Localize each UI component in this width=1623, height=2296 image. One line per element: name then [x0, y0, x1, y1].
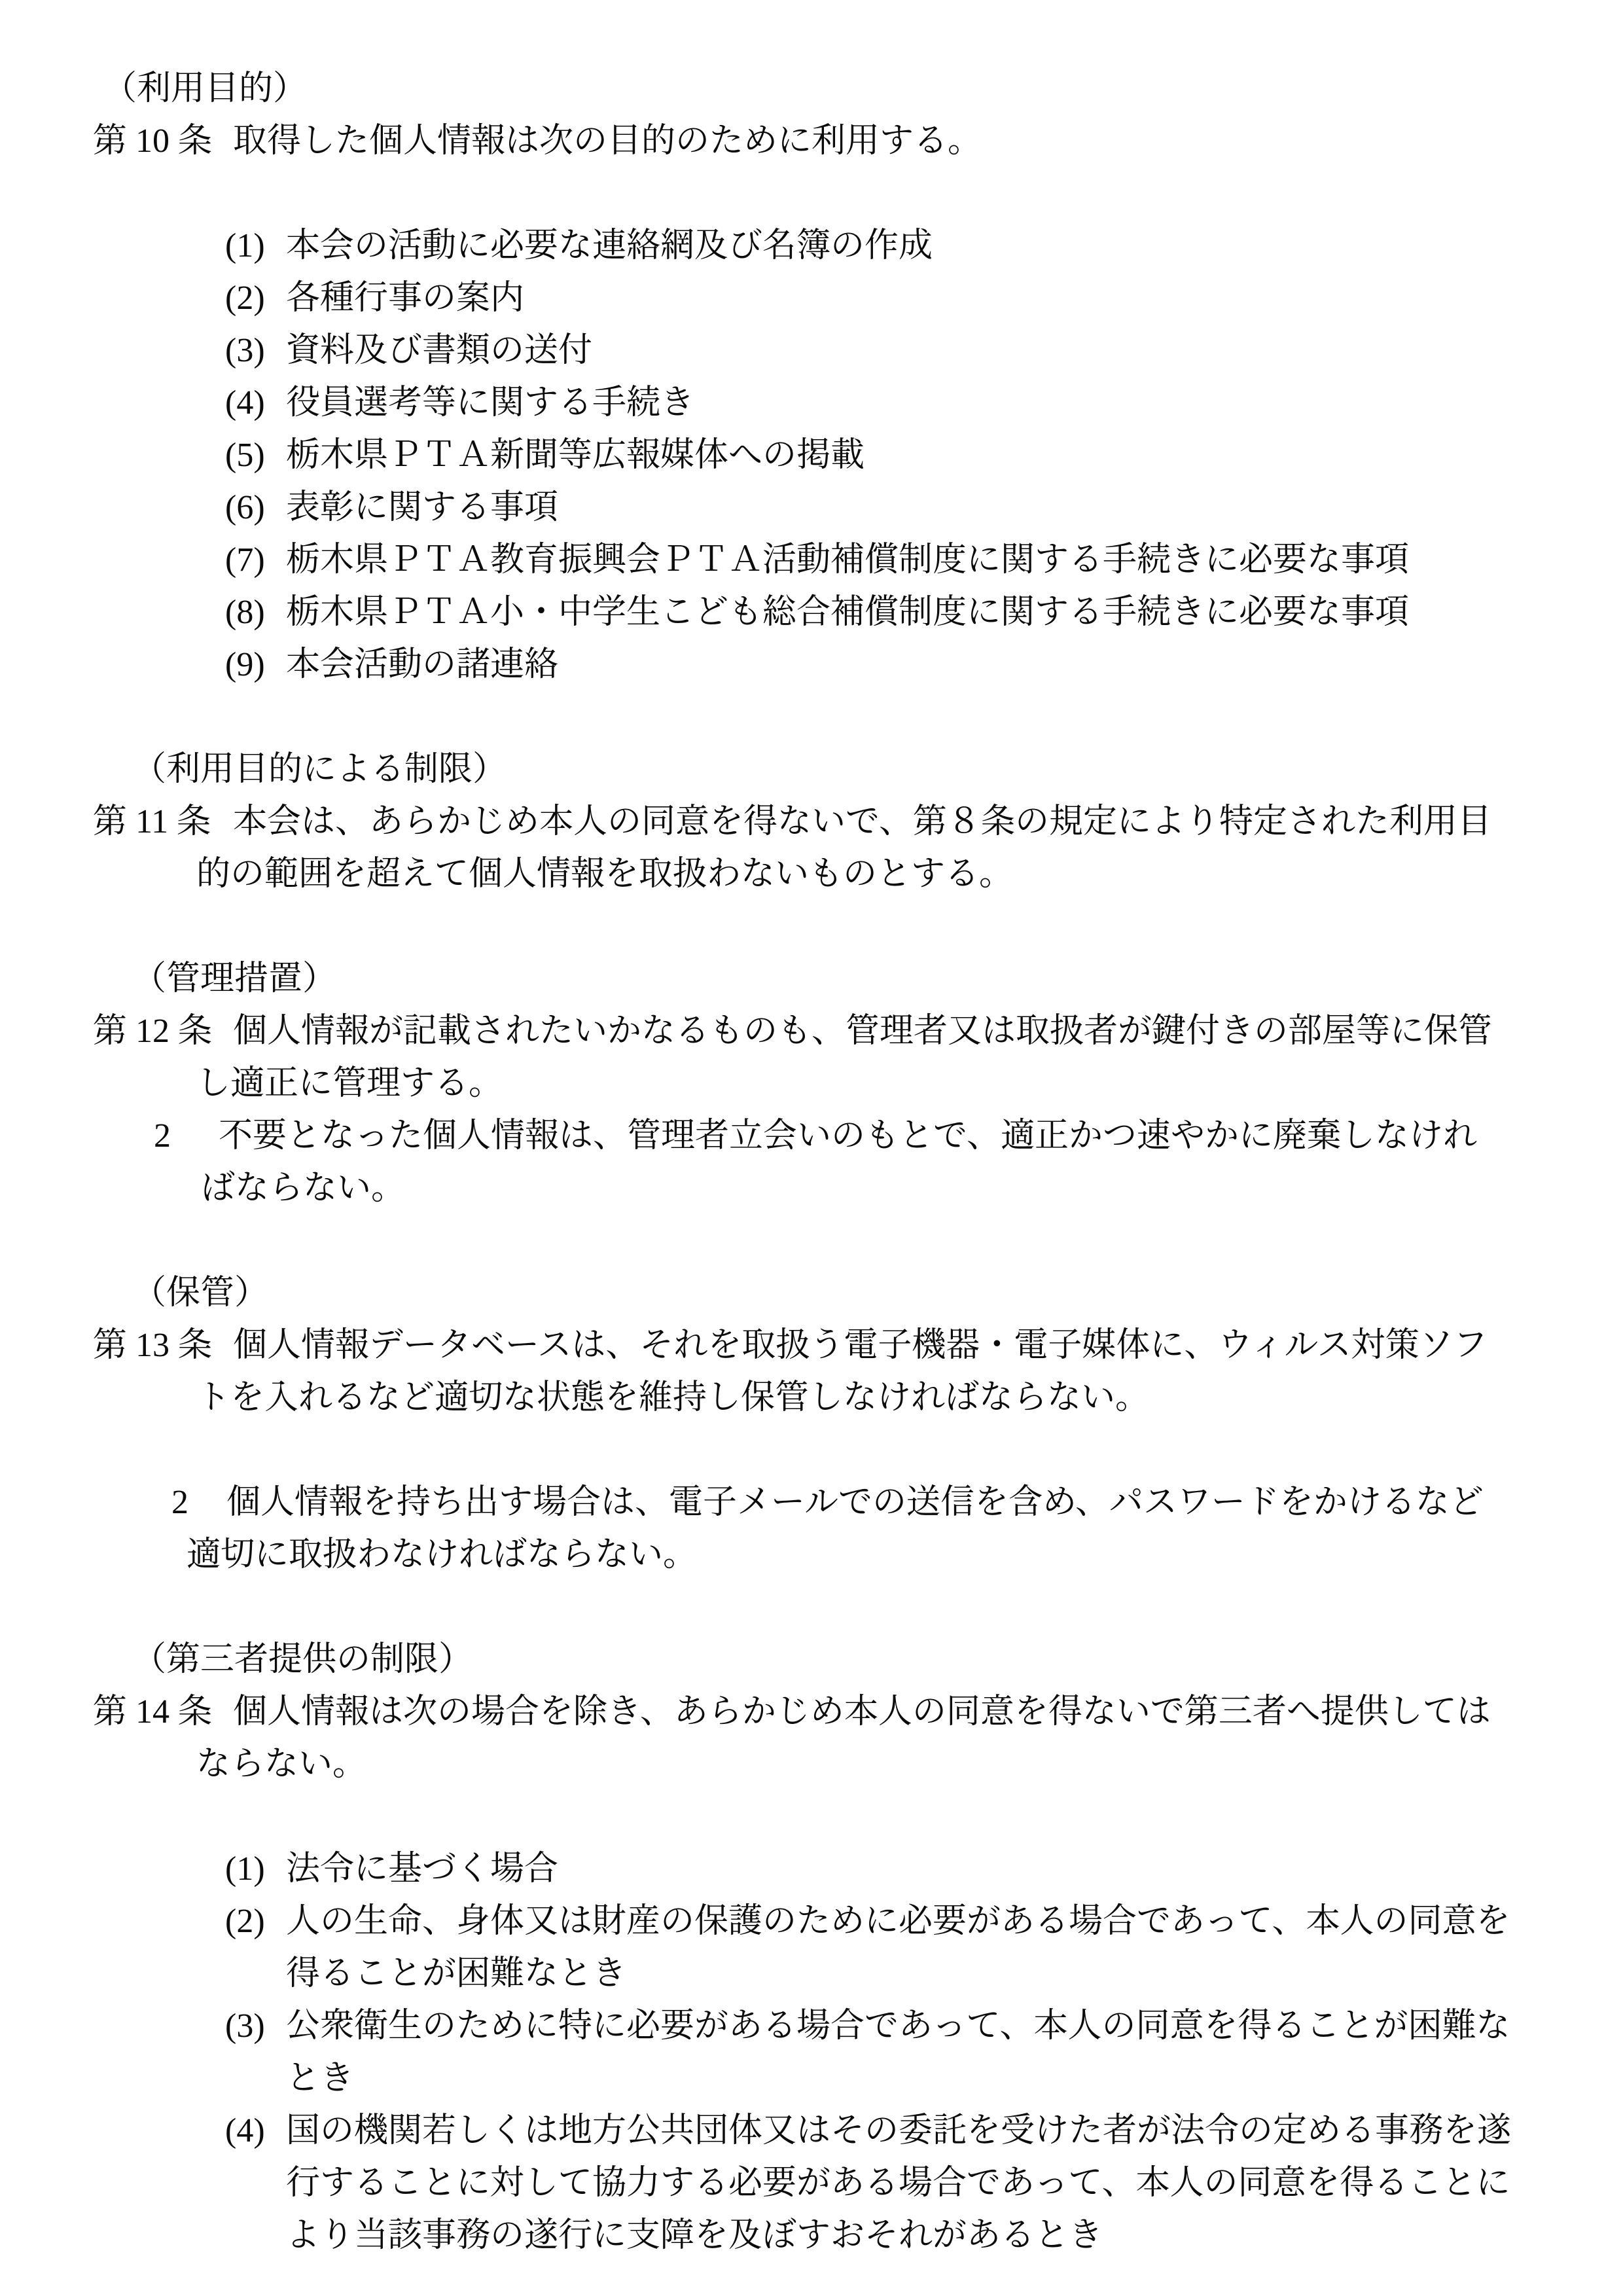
article-11-line-1: 第 11 条本会は、あらかじめ本人の同意を得ないで、第８条の規定により特定された…	[93, 796, 1551, 848]
article-14-item-2-text: 人の生命、身体又は財産の保護のために必要がある場合であって、本人の同意を	[286, 1903, 1510, 1940]
heading-third-party-restriction: （第三者提供の制限）	[93, 1634, 1551, 1686]
article-12-para-2-line-2: ばならない。	[93, 1162, 1551, 1215]
article-10-number: 第 10 条	[93, 115, 233, 168]
blank-line	[93, 1215, 1551, 1267]
blank-line	[93, 1581, 1551, 1634]
article-14-item-4-line-2: 行することに対して協力する必要がある場合であって、本人の同意を得ることに	[93, 2157, 1551, 2210]
article-10-item-2-marker: (2)	[225, 272, 265, 325]
article-12-line-1: 第 12 条個人情報が記載されたいかなるものも、管理者又は取扱者が鍵付きの部屋等…	[93, 1005, 1551, 1058]
article-12-para-2-text: 不要となった個人情報は、管理者立会いのもとで、適正かつ速やかに廃棄しなけれ	[219, 1117, 1477, 1155]
article-11-line-2: 的の範囲を超えて個人情報を取扱わないものとする。	[93, 848, 1551, 901]
article-10-item-4: (4)役員選考等に関する手続き	[93, 377, 1551, 429]
article-10-item-1: (1)本会の活動に必要な連絡網及び名簿の作成	[93, 220, 1551, 272]
article-10-item-6: (6)表彰に関する事項	[93, 482, 1551, 534]
article-13-line-1: 第 13 条個人情報データベースは、それを取扱う電子機器・電子媒体に、ウィルス対…	[93, 1319, 1551, 1372]
article-10-item-1-text: 本会の活動に必要な連絡網及び名簿の作成	[286, 227, 933, 264]
article-10-item-3-marker: (3)	[225, 325, 265, 377]
heading-management-measures: （管理措置）	[93, 953, 1551, 1005]
article-10-item-2-text: 各種行事の案内	[286, 279, 524, 317]
article-13-para-2-number: 2	[171, 1477, 188, 1529]
article-13-text: 個人情報データベースは、それを取扱う電子機器・電子媒体に、ウィルス対策ソフ	[233, 1327, 1488, 1364]
article-10-item-5-marker: (5)	[225, 429, 265, 482]
article-14-text: 個人情報は次の場合を除き、あらかじめ本人の同意を得ないで第三者へ提供しては	[233, 1693, 1491, 1731]
article-12-text: 個人情報が記載されたいかなるものも、管理者又は取扱者が鍵付きの部屋等に保管	[233, 1013, 1492, 1050]
article-14-item-2-line-2: 得ることが困難なとき	[93, 1948, 1551, 2000]
article-10-text: 取得した個人情報は次の目的のために利用する。	[233, 122, 982, 160]
article-14-item-1-marker: (1)	[225, 1843, 265, 1895]
document-page: （利用目的） 第 10 条取得した個人情報は次の目的のために利用する。 (1)本…	[0, 0, 1623, 2296]
article-14-item-4-text: 国の機関若しくは地方公共団体又はその委託を受けた者が法令の定める事務を遂	[286, 2112, 1511, 2149]
article-13-line-2: トを入れるなど適切な状態を維持し保管しなければならない。	[93, 1372, 1551, 1424]
article-14-item-4-marker: (4)	[225, 2105, 265, 2157]
article-13-number: 第 13 条	[93, 1319, 233, 1372]
blank-line	[93, 1791, 1551, 1843]
article-10-item-7: (7)栃木県ＰＴＡ教育振興会ＰＴＡ活動補償制度に関する手続きに必要な事項	[93, 534, 1551, 586]
article-10-item-6-marker: (6)	[225, 482, 265, 534]
article-14-number: 第 14 条	[93, 1686, 233, 1738]
article-10-line-1: 第 10 条取得した個人情報は次の目的のために利用する。	[93, 115, 1551, 168]
article-14-item-3-text: 公衆衛生のために特に必要がある場合であって、本人の同意を得ることが困難な	[286, 2007, 1510, 2045]
heading-purpose-of-use: （利用目的）	[93, 63, 1551, 115]
article-12-para-2-line-1: 2不要となった個人情報は、管理者立会いのもとで、適正かつ速やかに廃棄しなけれ	[93, 1110, 1551, 1162]
article-14-line-1: 第 14 条個人情報は次の場合を除き、あらかじめ本人の同意を得ないで第三者へ提供…	[93, 1686, 1551, 1738]
article-12-line-2: し適正に管理する。	[93, 1058, 1551, 1110]
article-13-para-2-line-2: 適切に取扱わなければならない。	[93, 1529, 1551, 1581]
article-14-item-4: (4)国の機関若しくは地方公共団体又はその委託を受けた者が法令の定める事務を遂	[93, 2105, 1551, 2157]
blank-line	[93, 691, 1551, 744]
article-11-text: 本会は、あらかじめ本人の同意を得ないで、第８条の規定により特定された利用目	[233, 803, 1491, 840]
article-10-item-7-text: 栃木県ＰＴＡ教育振興会ＰＴＡ活動補償制度に関する手続きに必要な事項	[286, 541, 1409, 579]
article-13-para-2-text: 個人情報を持ち出す場合は、電子メールでの送信を含め、パスワードをかけるなど	[226, 1484, 1484, 1521]
article-10-item-8-marker: (8)	[225, 586, 265, 639]
heading-storage: （保管）	[93, 1267, 1551, 1319]
article-10-item-3-text: 資料及び書類の送付	[286, 332, 592, 369]
article-10-item-6-text: 表彰に関する事項	[286, 489, 558, 526]
article-10-item-9-text: 本会活動の諸連絡	[286, 646, 558, 683]
article-12-para-2-number: 2	[154, 1110, 171, 1162]
article-10-item-2: (2)各種行事の案内	[93, 272, 1551, 325]
article-10-item-1-marker: (1)	[225, 220, 265, 272]
article-10-item-9: (9)本会活動の諸連絡	[93, 639, 1551, 691]
article-14-item-2-marker: (2)	[225, 1895, 265, 1948]
article-14-item-1-text: 法令に基づく場合	[286, 1850, 558, 1888]
article-14-item-3-marker: (3)	[225, 2000, 265, 2053]
article-10-item-8: (8)栃木県ＰＴＡ小・中学生こども総合補償制度に関する手続きに必要な事項	[93, 586, 1551, 639]
article-10-item-9-marker: (9)	[225, 639, 265, 691]
heading-use-limitation: （利用目的による制限）	[93, 744, 1551, 796]
article-14-item-3-line-2: とき	[93, 2053, 1551, 2105]
article-14-item-2: (2)人の生命、身体又は財産の保護のために必要がある場合であって、本人の同意を	[93, 1895, 1551, 1948]
article-12-number: 第 12 条	[93, 1005, 233, 1058]
article-14-item-1: (1)法令に基づく場合	[93, 1843, 1551, 1895]
article-10-item-5: (5)栃木県ＰＴＡ新聞等広報媒体への掲載	[93, 429, 1551, 482]
article-14-line-2: ならない。	[93, 1738, 1551, 1791]
article-14-item-4-line-3: より当該事務の遂行に支障を及ぼすおそれがあるとき	[93, 2210, 1551, 2262]
blank-line	[93, 168, 1551, 220]
article-10-item-4-marker: (4)	[225, 377, 265, 429]
article-10-item-7-marker: (7)	[225, 534, 265, 586]
article-10-item-5-text: 栃木県ＰＴＡ新聞等広報媒体への掲載	[286, 437, 865, 474]
article-10-item-4-text: 役員選考等に関する手続き	[286, 384, 694, 422]
article-14-item-3: (3)公衆衛生のために特に必要がある場合であって、本人の同意を得ることが困難な	[93, 2000, 1551, 2053]
article-13-para-2-line-1: 2個人情報を持ち出す場合は、電子メールでの送信を含め、パスワードをかけるなど	[93, 1477, 1551, 1529]
article-10-item-8-text: 栃木県ＰＴＡ小・中学生こども総合補償制度に関する手続きに必要な事項	[286, 594, 1409, 631]
blank-line	[93, 1424, 1551, 1477]
article-10-item-3: (3)資料及び書類の送付	[93, 325, 1551, 377]
article-11-number: 第 11 条	[93, 796, 233, 848]
blank-line	[93, 901, 1551, 953]
